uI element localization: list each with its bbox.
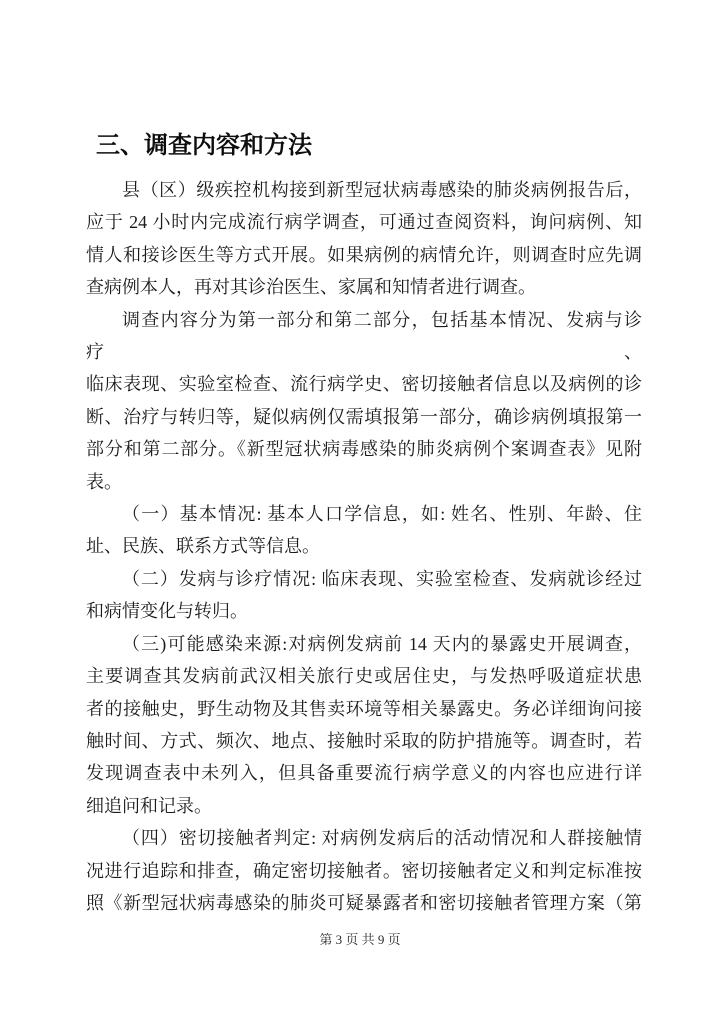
paragraph: （二）发病与诊疗情况: 临床表现、实验室检查、发病就诊经过和病情变化与转归。 <box>86 563 642 628</box>
text-line: 照《新型冠状病毒感染的肺炎可疑暴露者和密切接触者管理方案（第 <box>86 887 642 919</box>
paragraph: （三)可能感染来源:对病例发病前 14 天内的暴露史开展调查，主要调查其发病前武… <box>86 628 642 822</box>
paragraph: 调查内容分为第一部分和第二部分，包括基本情况、发病与诊疗、临床表现、实验室检查、… <box>86 304 642 498</box>
text-line: 细追问和记录。 <box>86 790 642 822</box>
text-line: 址、民族、联系方式等信息。 <box>86 530 642 562</box>
text-line: 况进行追踪和排查，确定密切接触者。密切接触者定义和判定标准按 <box>86 855 642 887</box>
paragraph: 县（区）级疾控机构接到新型冠状病毒感染的肺炎病例报告后，应于 24 小时内完成流… <box>86 174 642 304</box>
text-line: 主要调查其发病前武汉相关旅行史或居住史，与发热呼吸道症状患 <box>86 660 642 692</box>
text-line: 应于 24 小时内完成流行病学调查，可通过查阅资料，询问病例、知 <box>86 206 642 238</box>
text-line: 查病例本人，再对其诊治医生、家属和知情者进行调查。 <box>86 271 642 303</box>
text-line: 断、治疗与转归等，疑似病例仅需填报第一部分，确诊病例填报第一 <box>86 401 642 433</box>
text-line: 部分和第二部分。《新型冠状病毒感染的肺炎病例个案调查表》见附 <box>86 433 642 465</box>
text-line: 情人和接诊医生等方式开展。如果病例的病情允许，则调查时应先调 <box>86 239 642 271</box>
section-heading: 三、调查内容和方法 <box>96 129 642 163</box>
text-line: 调查内容分为第一部分和第二部分，包括基本情况、发病与诊疗、 <box>86 304 642 369</box>
text-line: 和病情变化与转归。 <box>86 595 642 627</box>
page-number: 第 3 页 共 9 页 <box>0 928 720 952</box>
paragraphs: 县（区）级疾控机构接到新型冠状病毒感染的肺炎病例报告后，应于 24 小时内完成流… <box>86 174 642 919</box>
text-line: 临床表现、实验室检查、流行病学史、密切接触者信息以及病例的诊 <box>86 368 642 400</box>
text-line: 触时间、方式、频次、地点、接触时采取的防护措施等。调查时，若 <box>86 725 642 757</box>
paragraph: （一）基本情况: 基本人口学信息，如: 姓名、性别、年龄、住址、民族、联系方式等… <box>86 498 642 563</box>
text-line: （三)可能感染来源:对病例发病前 14 天内的暴露史开展调查， <box>86 628 642 660</box>
text-line: 发现调查表中未列入，但具备重要流行病学意义的内容也应进行详 <box>86 757 642 789</box>
page-content: 三、调查内容和方法 县（区）级疾控机构接到新型冠状病毒感染的肺炎病例报告后，应于… <box>86 129 642 919</box>
paragraph: （四）密切接触者判定: 对病例发病后的活动情况和人群接触情况进行追踪和排查，确定… <box>86 822 642 919</box>
text-line: 县（区）级疾控机构接到新型冠状病毒感染的肺炎病例报告后， <box>86 174 642 206</box>
text-line: （四）密切接触者判定: 对病例发病后的活动情况和人群接触情 <box>86 822 642 854</box>
text-line: （二）发病与诊疗情况: 临床表现、实验室检查、发病就诊经过 <box>86 563 642 595</box>
text-line: （一）基本情况: 基本人口学信息，如: 姓名、性别、年龄、住 <box>86 498 642 530</box>
document-page: 三、调查内容和方法 县（区）级疾控机构接到新型冠状病毒感染的肺炎病例报告后，应于… <box>0 0 720 1020</box>
text-line: 者的接触史，野生动物及其售卖环境等相关暴露史。务必详细询问接 <box>86 693 642 725</box>
text-line: 表。 <box>86 466 642 498</box>
